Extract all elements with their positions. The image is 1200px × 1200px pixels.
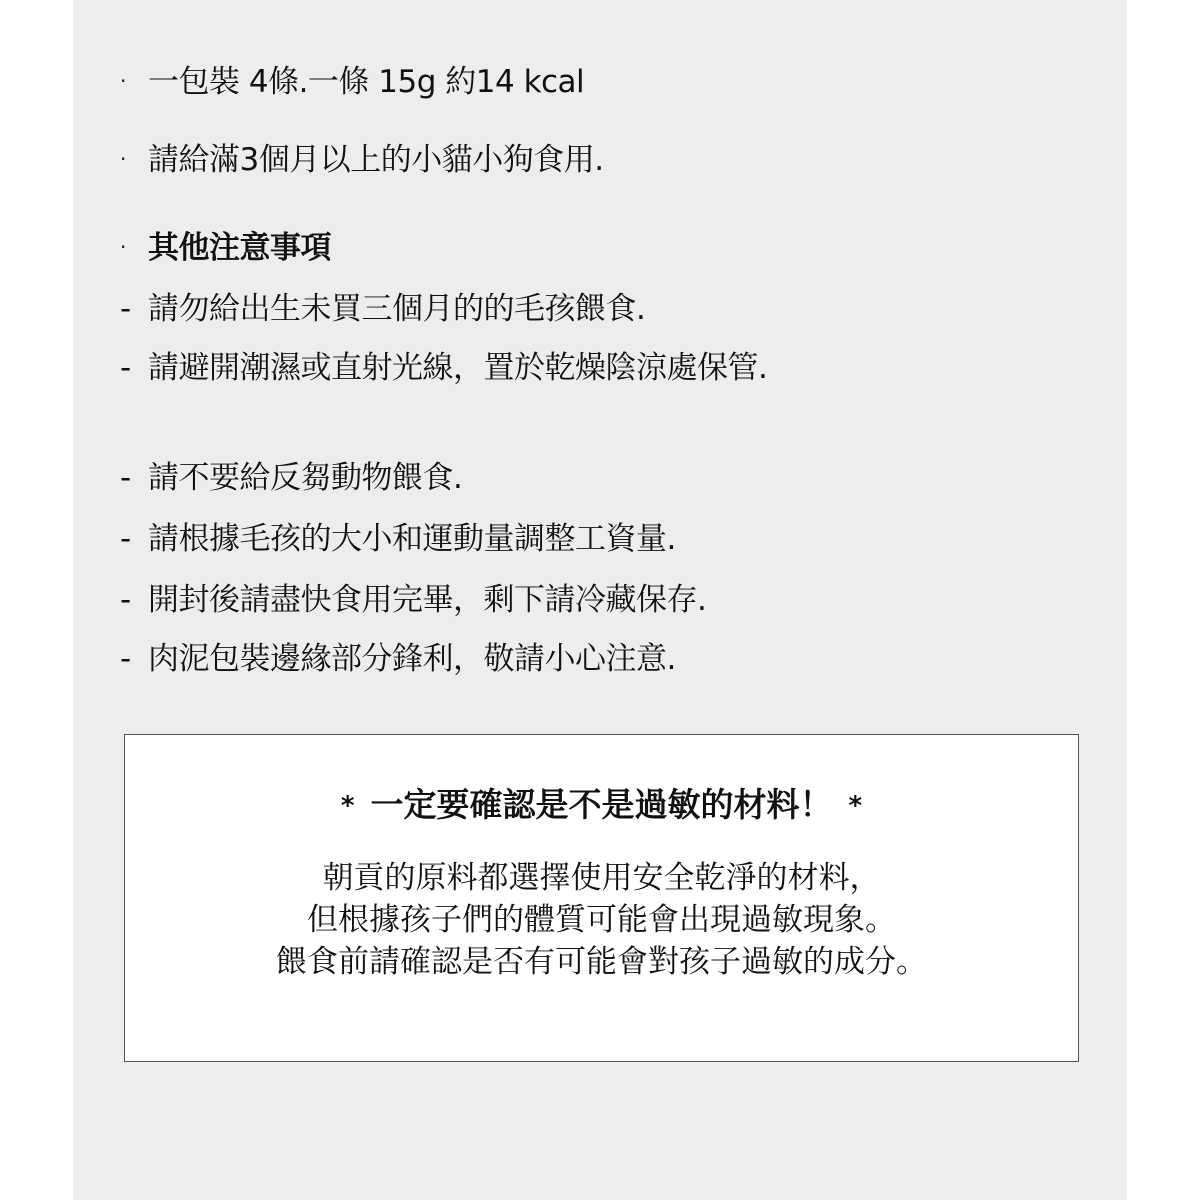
allergy-notice-body: 朝貢的原料都選擇使用安全乾淨的材料， 但根據孩子們的體質可能會出現過敏現象。 餵… xyxy=(125,857,1078,983)
precaution-item: -請避開潮濕或直射光線，置於乾燥陰涼處保管. xyxy=(120,348,767,388)
precautions-heading-row: ·其他注意事項 xyxy=(120,228,331,271)
precaution-item: -開封後請盡快食用完畢，剩下請冷藏保存. xyxy=(120,580,706,620)
dash-marker: - xyxy=(120,639,148,679)
dash-marker: - xyxy=(120,289,148,329)
precaution-text: 請勿給出生未買三個月的的毛孩餵食. xyxy=(148,291,645,327)
precaution-item: -肉泥包裝邊緣部分鋒利，敬請小心注意. xyxy=(120,639,676,679)
dash-marker: - xyxy=(120,519,148,559)
precaution-text: 請根據毛孩的大小和運動量調整工資量. xyxy=(148,521,676,557)
asterisk-icon: * xyxy=(849,791,863,821)
bullet-dot-icon: · xyxy=(120,139,148,179)
dash-marker: - xyxy=(120,580,148,620)
precaution-text: 開封後請盡快食用完畢，剩下請冷藏保存. xyxy=(148,582,706,618)
precaution-item: -請勿給出生未買三個月的的毛孩餵食. xyxy=(120,289,645,329)
allergy-notice-line: 朝貢的原料都選擇使用安全乾淨的材料， xyxy=(125,857,1078,899)
dash-marker: - xyxy=(120,348,148,388)
info-text: 請給滿3個月以上的小貓小狗食用. xyxy=(148,142,604,178)
allergy-notice-title: 一定要確認是不是過敏的材料！ xyxy=(371,785,833,824)
precaution-text: 請不要給反芻動物餵食. xyxy=(148,460,462,496)
dash-marker: - xyxy=(120,458,148,498)
allergy-notice-line: 但根據孩子們的體質可能會出現過敏現象。 xyxy=(125,899,1078,941)
precautions-heading: 其他注意事項 xyxy=(148,230,331,266)
allergy-notice-line: 餵食前請確認是否有可能會對孩子過敏的成分。 xyxy=(125,941,1078,983)
info-item-age: ·請給滿3個月以上的小貓小狗食用. xyxy=(120,140,604,183)
info-text: 一包裝 4條.一條 15g 約14 kcal xyxy=(148,64,584,100)
precaution-text: 肉泥包裝邊緣部分鋒利，敬請小心注意. xyxy=(148,641,676,677)
info-item-package: ·一包裝 4條.一條 15g 約14 kcal xyxy=(120,62,584,105)
precaution-item: -請不要給反芻動物餵食. xyxy=(120,458,462,498)
precaution-item: -請根據毛孩的大小和運動量調整工資量. xyxy=(120,519,676,559)
bullet-dot-icon: · xyxy=(120,227,148,267)
asterisk-icon: * xyxy=(341,791,355,821)
allergy-notice-title-row: *一定要確認是不是過敏的材料！* xyxy=(125,783,1078,830)
precaution-text: 請避開潮濕或直射光線，置於乾燥陰涼處保管. xyxy=(148,350,767,386)
bullet-dot-icon: · xyxy=(120,61,148,101)
allergy-notice-box: *一定要確認是不是過敏的材料！* 朝貢的原料都選擇使用安全乾淨的材料， 但根據孩… xyxy=(124,734,1079,1062)
